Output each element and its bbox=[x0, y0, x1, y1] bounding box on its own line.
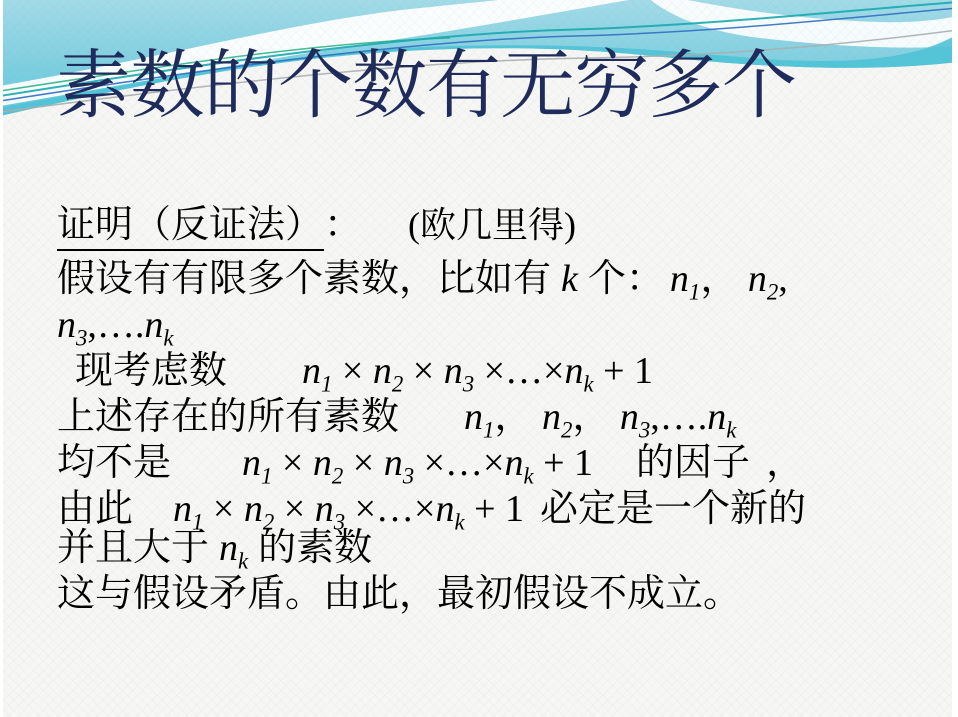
contradiction-text: 这与假设矛盾。由此，最初假设不成立。 bbox=[57, 573, 741, 615]
page-title: 素数的个数有无穷多个 bbox=[56, 40, 796, 134]
assumption-cont-line: n3,….nk bbox=[57, 302, 957, 348]
math-n1-n2: n1， n2, bbox=[670, 258, 788, 300]
assumption-text-1: 假设有有限多个素数，比如有 bbox=[57, 258, 551, 300]
math-product-3: n1 × n2 × n3 ×…×nk + 1 bbox=[173, 488, 524, 530]
attribution-text: (欧几里得) bbox=[408, 205, 576, 245]
math-product-2: n1 × n2 × n3 ×…×nk + 1 bbox=[242, 442, 593, 484]
not-factor-comma: ， bbox=[766, 442, 804, 484]
all-primes-text: 上述存在的所有素数 bbox=[57, 396, 399, 438]
math-nk: nk bbox=[219, 527, 248, 569]
not-factor-text-2: 的因子 bbox=[636, 442, 750, 484]
consider-text: 现考虑数 bbox=[75, 350, 227, 392]
greater-text-1: 并且大于 bbox=[57, 527, 209, 569]
new-prime-text-1: 由此 bbox=[57, 488, 133, 530]
math-k: k bbox=[561, 258, 578, 300]
math-product-1: n1 × n2 × n3 ×…×nk + 1 bbox=[302, 350, 653, 392]
math-n3-nk: n3,….nk bbox=[57, 304, 174, 346]
slide: 素数的个数有无穷多个 证明（反证法）：(欧几里得) 假设有有限多个素数，比如有k… bbox=[0, 0, 958, 717]
new-prime-text-2: 必定是一个新的 bbox=[540, 488, 806, 530]
math-primes-list: n1， n2， n3,….nk bbox=[464, 396, 736, 438]
consider-line: 现考虑数n1 × n2 × n3 ×…×nk + 1 bbox=[57, 348, 957, 394]
proof-method-label: 证明（反证法） bbox=[57, 204, 324, 251]
proof-body: 证明（反证法）：(欧几里得) 假设有有限多个素数，比如有k个：n1， n2, n… bbox=[57, 202, 957, 617]
contradiction-line: 这与假设矛盾。由此，最初假设不成立。 bbox=[57, 571, 957, 617]
proof-header-line: 证明（反证法）：(欧几里得) bbox=[57, 202, 957, 248]
not-factor-line: 均不是n1 × n2 × n3 ×…×nk + 1的因子， bbox=[57, 440, 957, 486]
assumption-text-2: 个： bbox=[588, 258, 664, 300]
not-factor-text-1: 均不是 bbox=[57, 442, 171, 484]
slide-edge-right bbox=[952, 0, 958, 717]
all-primes-line: 上述存在的所有素数n1， n2， n3,….nk bbox=[57, 394, 957, 440]
greater-text-2: 的素数 bbox=[258, 527, 372, 569]
slide-edge-left bbox=[0, 0, 3, 717]
assumption-line: 假设有有限多个素数，比如有k个：n1， n2, bbox=[57, 256, 957, 302]
proof-colon: ： bbox=[324, 204, 362, 246]
